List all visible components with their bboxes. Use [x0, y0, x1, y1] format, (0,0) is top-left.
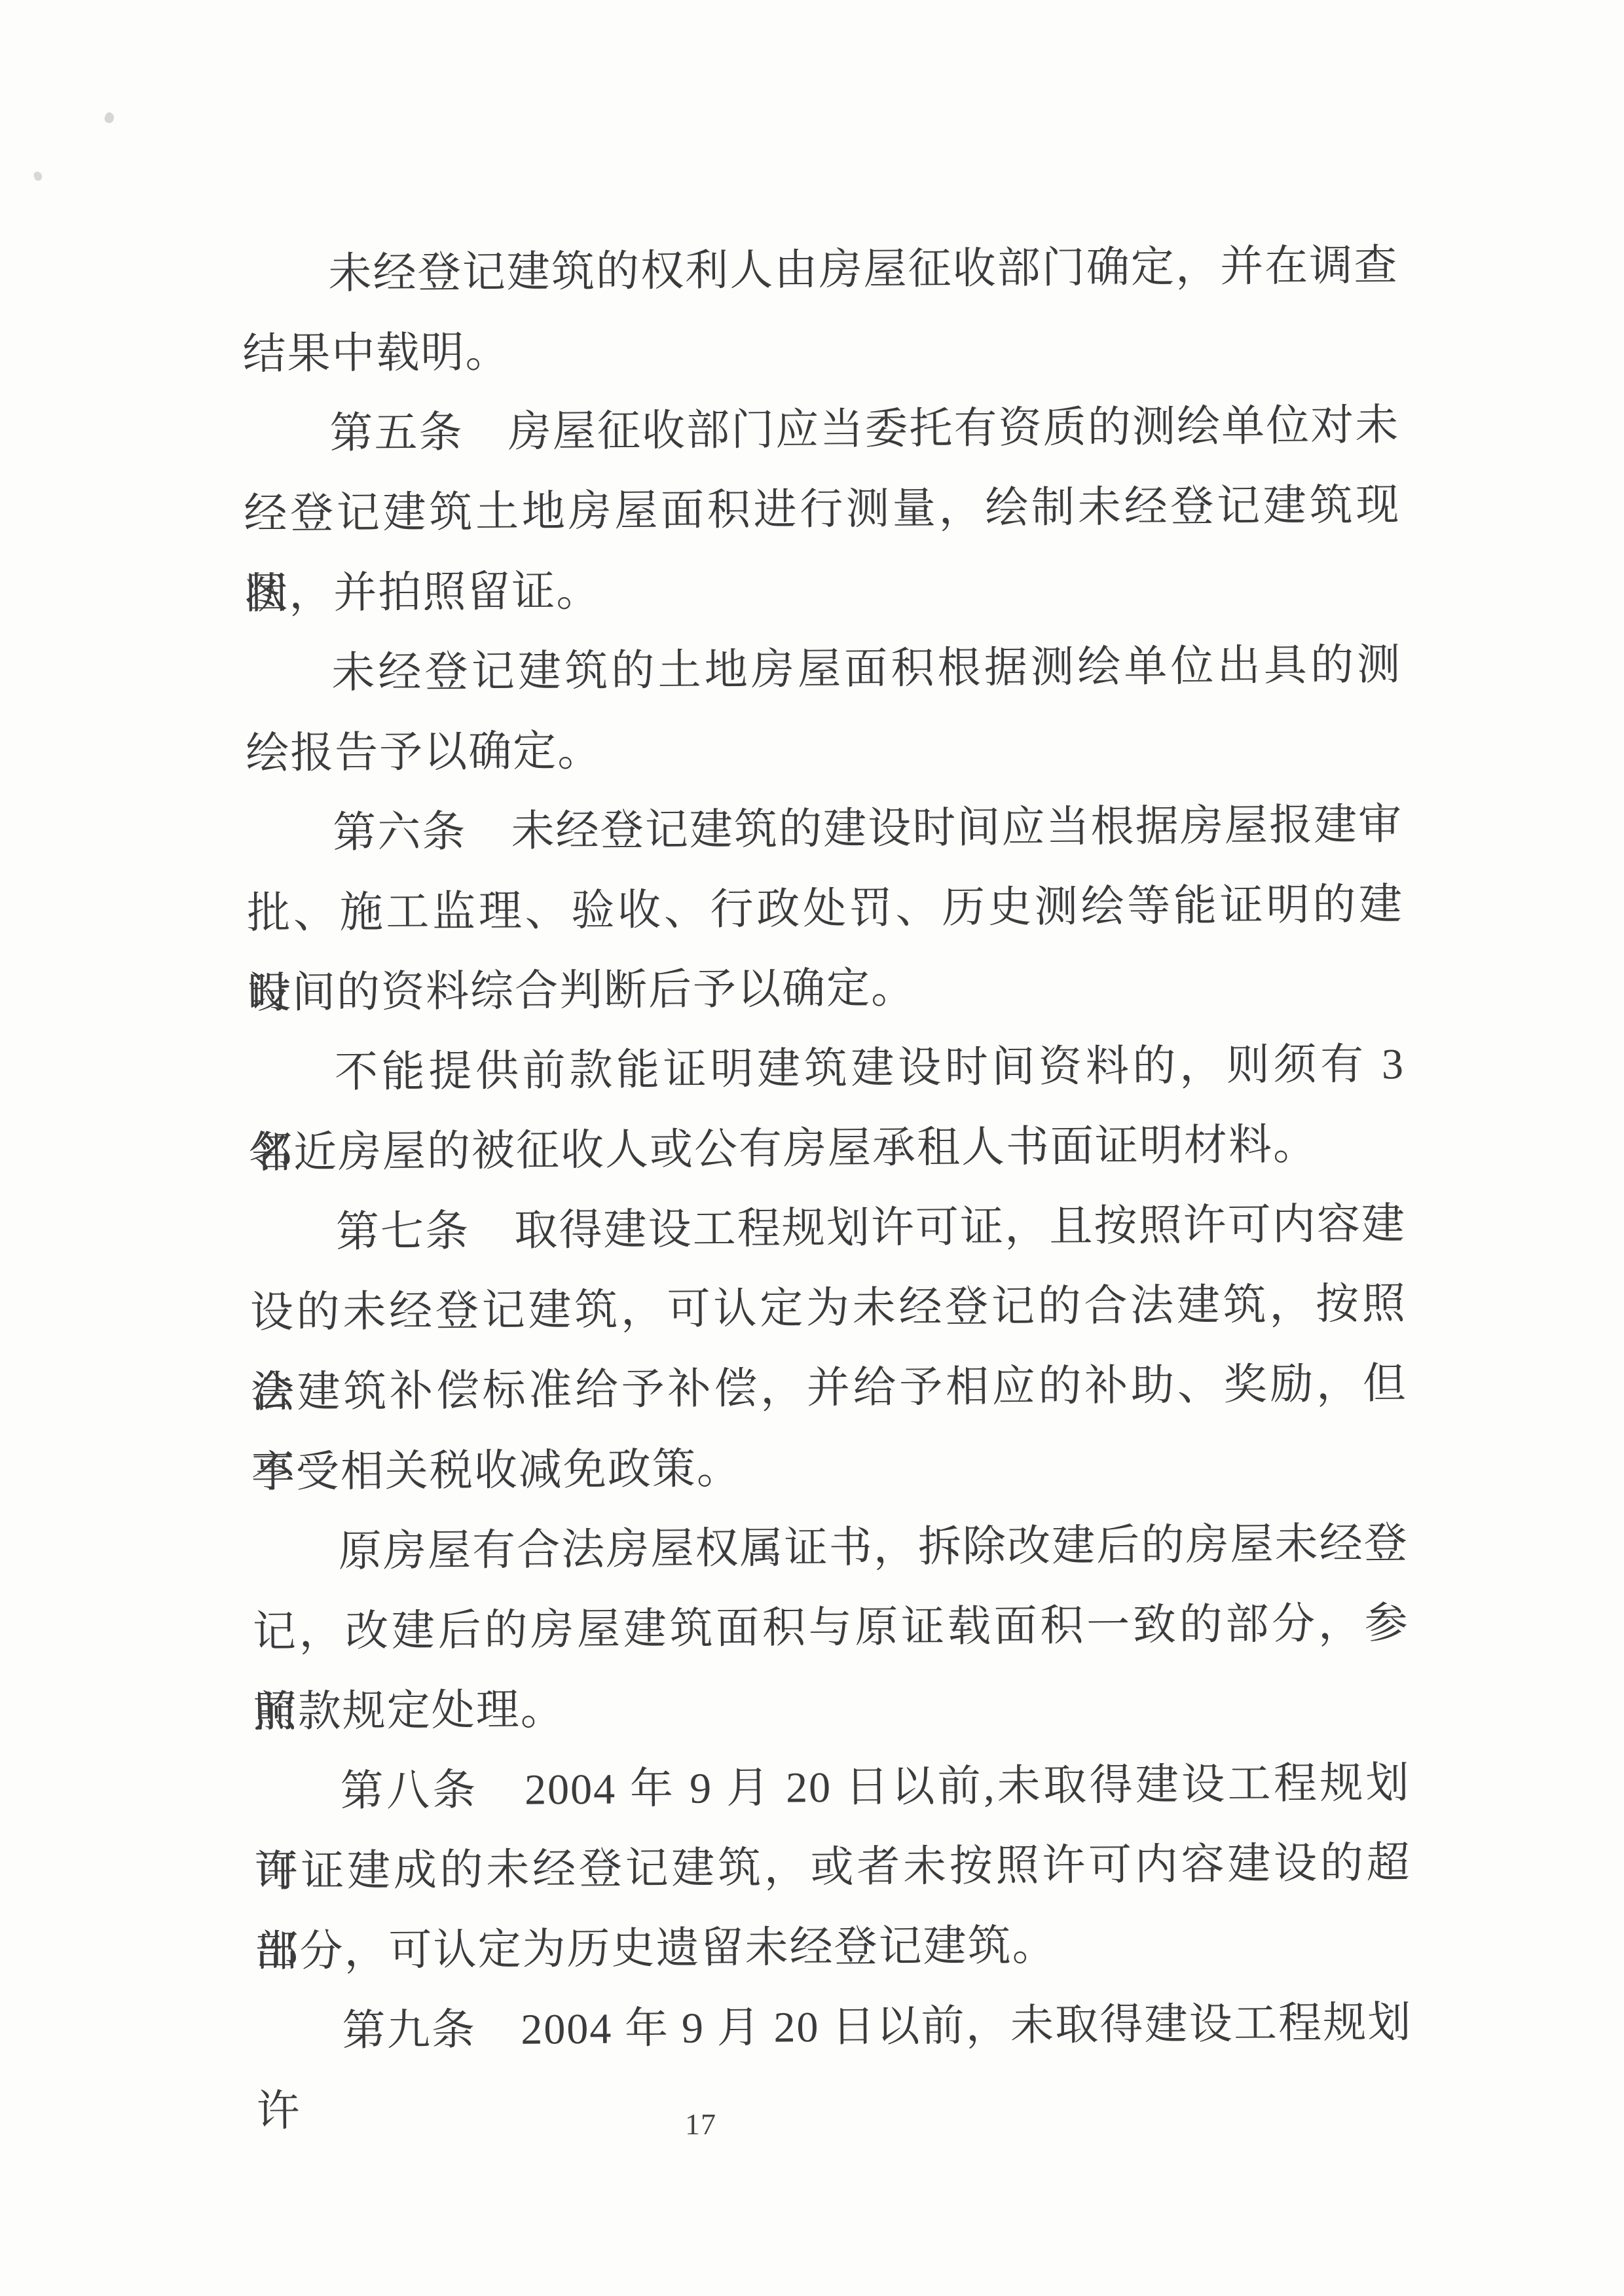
scan-speck: [33, 171, 43, 182]
text-line: 经登记建筑土地房屋面积进行测量，绘制未经登记建筑现状: [244, 465, 1401, 555]
text-line: 第六条 未经登记建筑的建设时间应当根据房屋报建审: [246, 785, 1403, 874]
text-line: 部分，可认定为历史遗留未经登记建筑。: [255, 1903, 1412, 1992]
text-line: 原房屋有合法房屋权属证书，拆除改建后的房屋未经登: [251, 1504, 1409, 1593]
text-line: 享受相关税收减免政策。: [251, 1424, 1408, 1513]
text-line: 时间的资料综合判断后予以确定。: [248, 945, 1405, 1034]
text-line: 可证建成的未经登记建筑，或者未按照许可内容建设的超出: [254, 1823, 1411, 1912]
text-line: 邻近房屋的被征收人或公有房屋承租人书面证明材料。: [249, 1104, 1406, 1194]
text-line: 不能提供前款能证明建筑建设时间资料的，则须有 3 名: [248, 1025, 1405, 1114]
page-number: 17: [655, 2107, 747, 2141]
text-line: 第九条 2004 年 9 月 20 日以前，未取得建设工程规划许: [255, 1983, 1412, 2072]
text-line: 未经登记建筑的土地房屋面积根据测绘单位出具的测: [245, 625, 1402, 714]
text-line: 未经登记建筑的权利人由房屋征收部门确定，并在调查: [242, 226, 1399, 315]
text-line: 设的未经登记建筑，可认定为未经登记的合法建筑，按照合: [249, 1264, 1407, 1353]
text-line: 第七条 取得建设工程规划许可证，且按照许可内容建: [249, 1184, 1407, 1273]
text-line: 绘报告予以确定。: [246, 705, 1403, 794]
text-line: 图，并拍照留证。: [244, 545, 1401, 634]
text-line: 第八条 2004 年 9 月 20 日以前,未取得建设工程规划许: [253, 1743, 1411, 1832]
text-line: 结果中载明。: [242, 306, 1399, 395]
scan-speck: [103, 111, 115, 124]
text-line: 法建筑补偿标准给予补偿，并给予相应的补助、奖励，但不: [250, 1344, 1407, 1433]
document-page: 未经登记建筑的权利人由房屋征收部门确定，并在调查 结果中载明。 第五条 房屋征收…: [0, 0, 1624, 2296]
text-block: 未经登记建筑的权利人由房屋征收部门确定，并在调查 结果中载明。 第五条 房屋征收…: [242, 226, 1412, 2072]
text-line: 批、施工监理、验收、行政处罚、历史测绘等能证明的建设: [247, 865, 1404, 954]
text-line: 记，改建后的房屋建筑面积与原证载面积一致的部分，参照: [252, 1584, 1409, 1673]
text-line: 第五条 房屋征收部门应当委托有资质的测绘单位对未: [243, 386, 1400, 475]
text-line: 前款规定处理。: [253, 1664, 1410, 1753]
